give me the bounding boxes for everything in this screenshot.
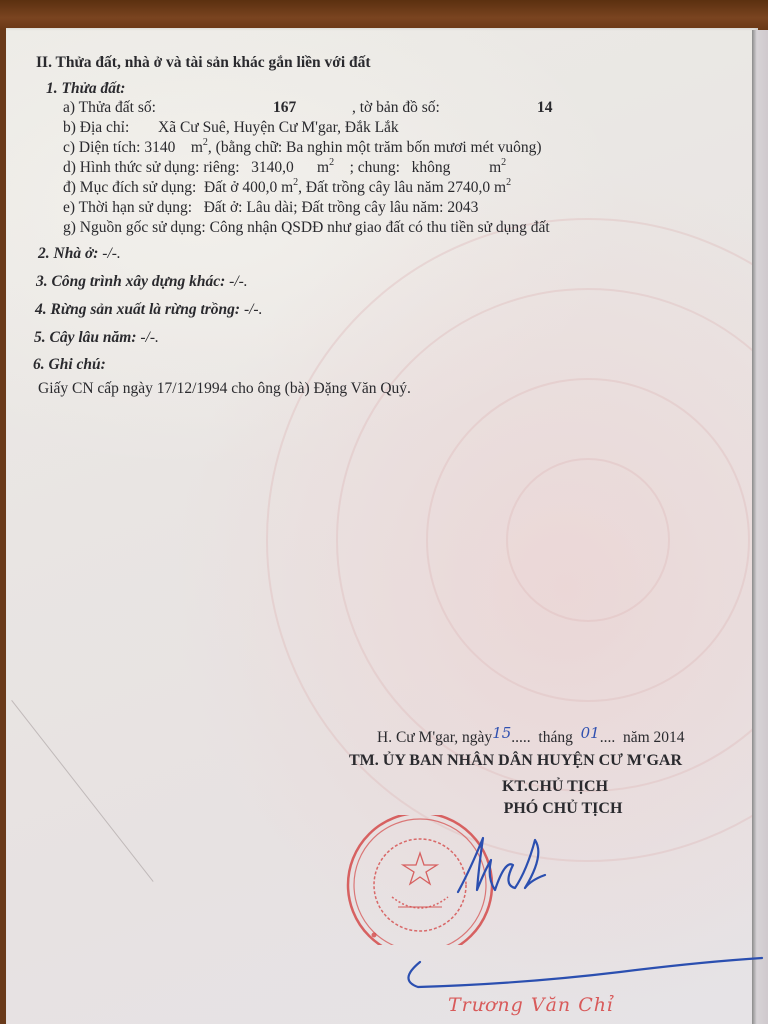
- parcel-heading: 1. Thửa đất:: [46, 80, 125, 98]
- purpose-value-1: Đất ở 400,0 m: [204, 179, 293, 196]
- map-sheet-value: 14: [537, 99, 553, 117]
- date-year: năm 2014: [623, 729, 685, 746]
- area-label: c) Diện tích: 3140: [63, 139, 175, 156]
- item-house-label: 2. Nhà ở:: [38, 245, 98, 262]
- purpose-sup-2: 2: [506, 177, 511, 188]
- usage-form-label: d) Hình thức sử dụng: riêng:: [63, 159, 240, 176]
- origin-label: g) Nguồn gốc sử dụng:: [63, 219, 206, 236]
- item-plantation-forest-label: 4. Rừng sản xuất là rừng trồng:: [35, 301, 240, 318]
- term-value: Đất ở: Lâu dài; Đất trồng cây lâu năm: 2…: [204, 199, 479, 216]
- area-in-words: , (bằng chữ: Ba nghin một trăm bốn mươi …: [208, 139, 542, 156]
- table-background: [0, 0, 768, 30]
- page-edge: [752, 30, 768, 1024]
- item-other-construction-value: -/-.: [229, 273, 248, 290]
- usage-shared-value: không: [412, 159, 451, 176]
- item-other-construction-label: 3. Công trình xây dựng khác:: [36, 273, 225, 290]
- section-title: II. Thửa đất, nhà ở và tài sản khác gắn …: [36, 54, 371, 72]
- date-day-handwritten: 15: [492, 724, 511, 742]
- usage-form-row: d) Hình thức sử dụng: riêng: 3140,0 m2 ;…: [63, 159, 506, 177]
- area-unit: m: [191, 139, 203, 156]
- item-perennial-trees: 5. Cây lâu năm: -/-.: [34, 329, 159, 347]
- item-perennial-trees-value: -/-.: [140, 329, 159, 346]
- date-month-handwritten: 01: [581, 724, 600, 742]
- parcel-number-label: a) Thửa đất số:: [63, 99, 156, 117]
- purpose-sup-1: 2: [293, 177, 298, 188]
- place-date-prefix: H. Cư M'gar, ngày: [377, 729, 492, 746]
- address-value: Xã Cư Suê, Huyện Cư M'gar, Đắk Lắk: [158, 119, 399, 137]
- date-day-dots: .....: [511, 729, 530, 746]
- area-unit-sup: 2: [203, 137, 208, 148]
- purpose-label: đ) Mục đích sử dụng:: [63, 179, 196, 196]
- watermark-drum-core: [506, 458, 670, 622]
- item-plantation-forest-value: -/-.: [244, 301, 263, 318]
- usage-shared-unit-sup: 2: [501, 157, 506, 168]
- usage-shared-unit: m: [489, 159, 501, 176]
- parcel-number-value: 167: [273, 99, 296, 117]
- date-month-label: tháng: [538, 729, 572, 746]
- item-perennial-trees-label: 5. Cây lâu năm:: [34, 329, 136, 346]
- area-row: c) Diện tích: 3140 m2, (bằng chữ: Ba ngh…: [63, 139, 542, 157]
- term-row: e) Thời hạn sử dụng: Đất ở: Lâu dài; Đất…: [63, 199, 478, 217]
- usage-private-value: 3140,0: [251, 159, 294, 176]
- place-date-line: H. Cư M'gar, ngày15..... tháng 01.... nă…: [377, 728, 685, 747]
- purpose-row: đ) Mục đích sử dụng: Đất ở 400,0 m2, Đất…: [63, 179, 511, 197]
- signer-name: Trương Văn Chỉ: [448, 994, 614, 1016]
- map-sheet-label: , tờ bản đồ số:: [352, 99, 440, 117]
- issuing-authority: TM. ỦY BAN NHÂN DÂN HUYỆN CƯ M'GAR: [349, 752, 682, 770]
- handwritten-signature-icon: [455, 830, 550, 900]
- usage-private-unit-sup: 2: [329, 157, 334, 168]
- date-month-dots: ....: [600, 729, 616, 746]
- usage-shared-label: ; chung:: [350, 159, 400, 176]
- signature-underline-stroke-icon: [400, 950, 768, 995]
- origin-row: g) Nguồn gốc sử dụng: Công nhận QSDĐ như…: [63, 219, 550, 237]
- address-label: b) Địa chỉ:: [63, 119, 129, 137]
- item-other-construction: 3. Công trình xây dựng khác: -/-.: [36, 273, 248, 291]
- signer-role-1: KT.CHỦ TỊCH: [0, 778, 768, 796]
- purpose-value-2: , Đất trồng cây lâu năm 2740,0 m: [298, 179, 506, 196]
- term-label: e) Thời hạn sử dụng:: [63, 199, 192, 216]
- item-house: 2. Nhà ở: -/-.: [38, 245, 121, 263]
- notes-heading: 6. Ghi chú:: [33, 356, 106, 374]
- item-plantation-forest: 4. Rừng sản xuất là rừng trồng: -/-.: [35, 301, 262, 319]
- origin-value: Công nhận QSDĐ như giao đất có thu tiền …: [210, 219, 550, 236]
- usage-private-unit: m: [317, 159, 329, 176]
- notes-text: Giấy CN cấp ngày 17/12/1994 cho ông (bà)…: [38, 380, 411, 398]
- item-house-value: -/-.: [102, 245, 121, 262]
